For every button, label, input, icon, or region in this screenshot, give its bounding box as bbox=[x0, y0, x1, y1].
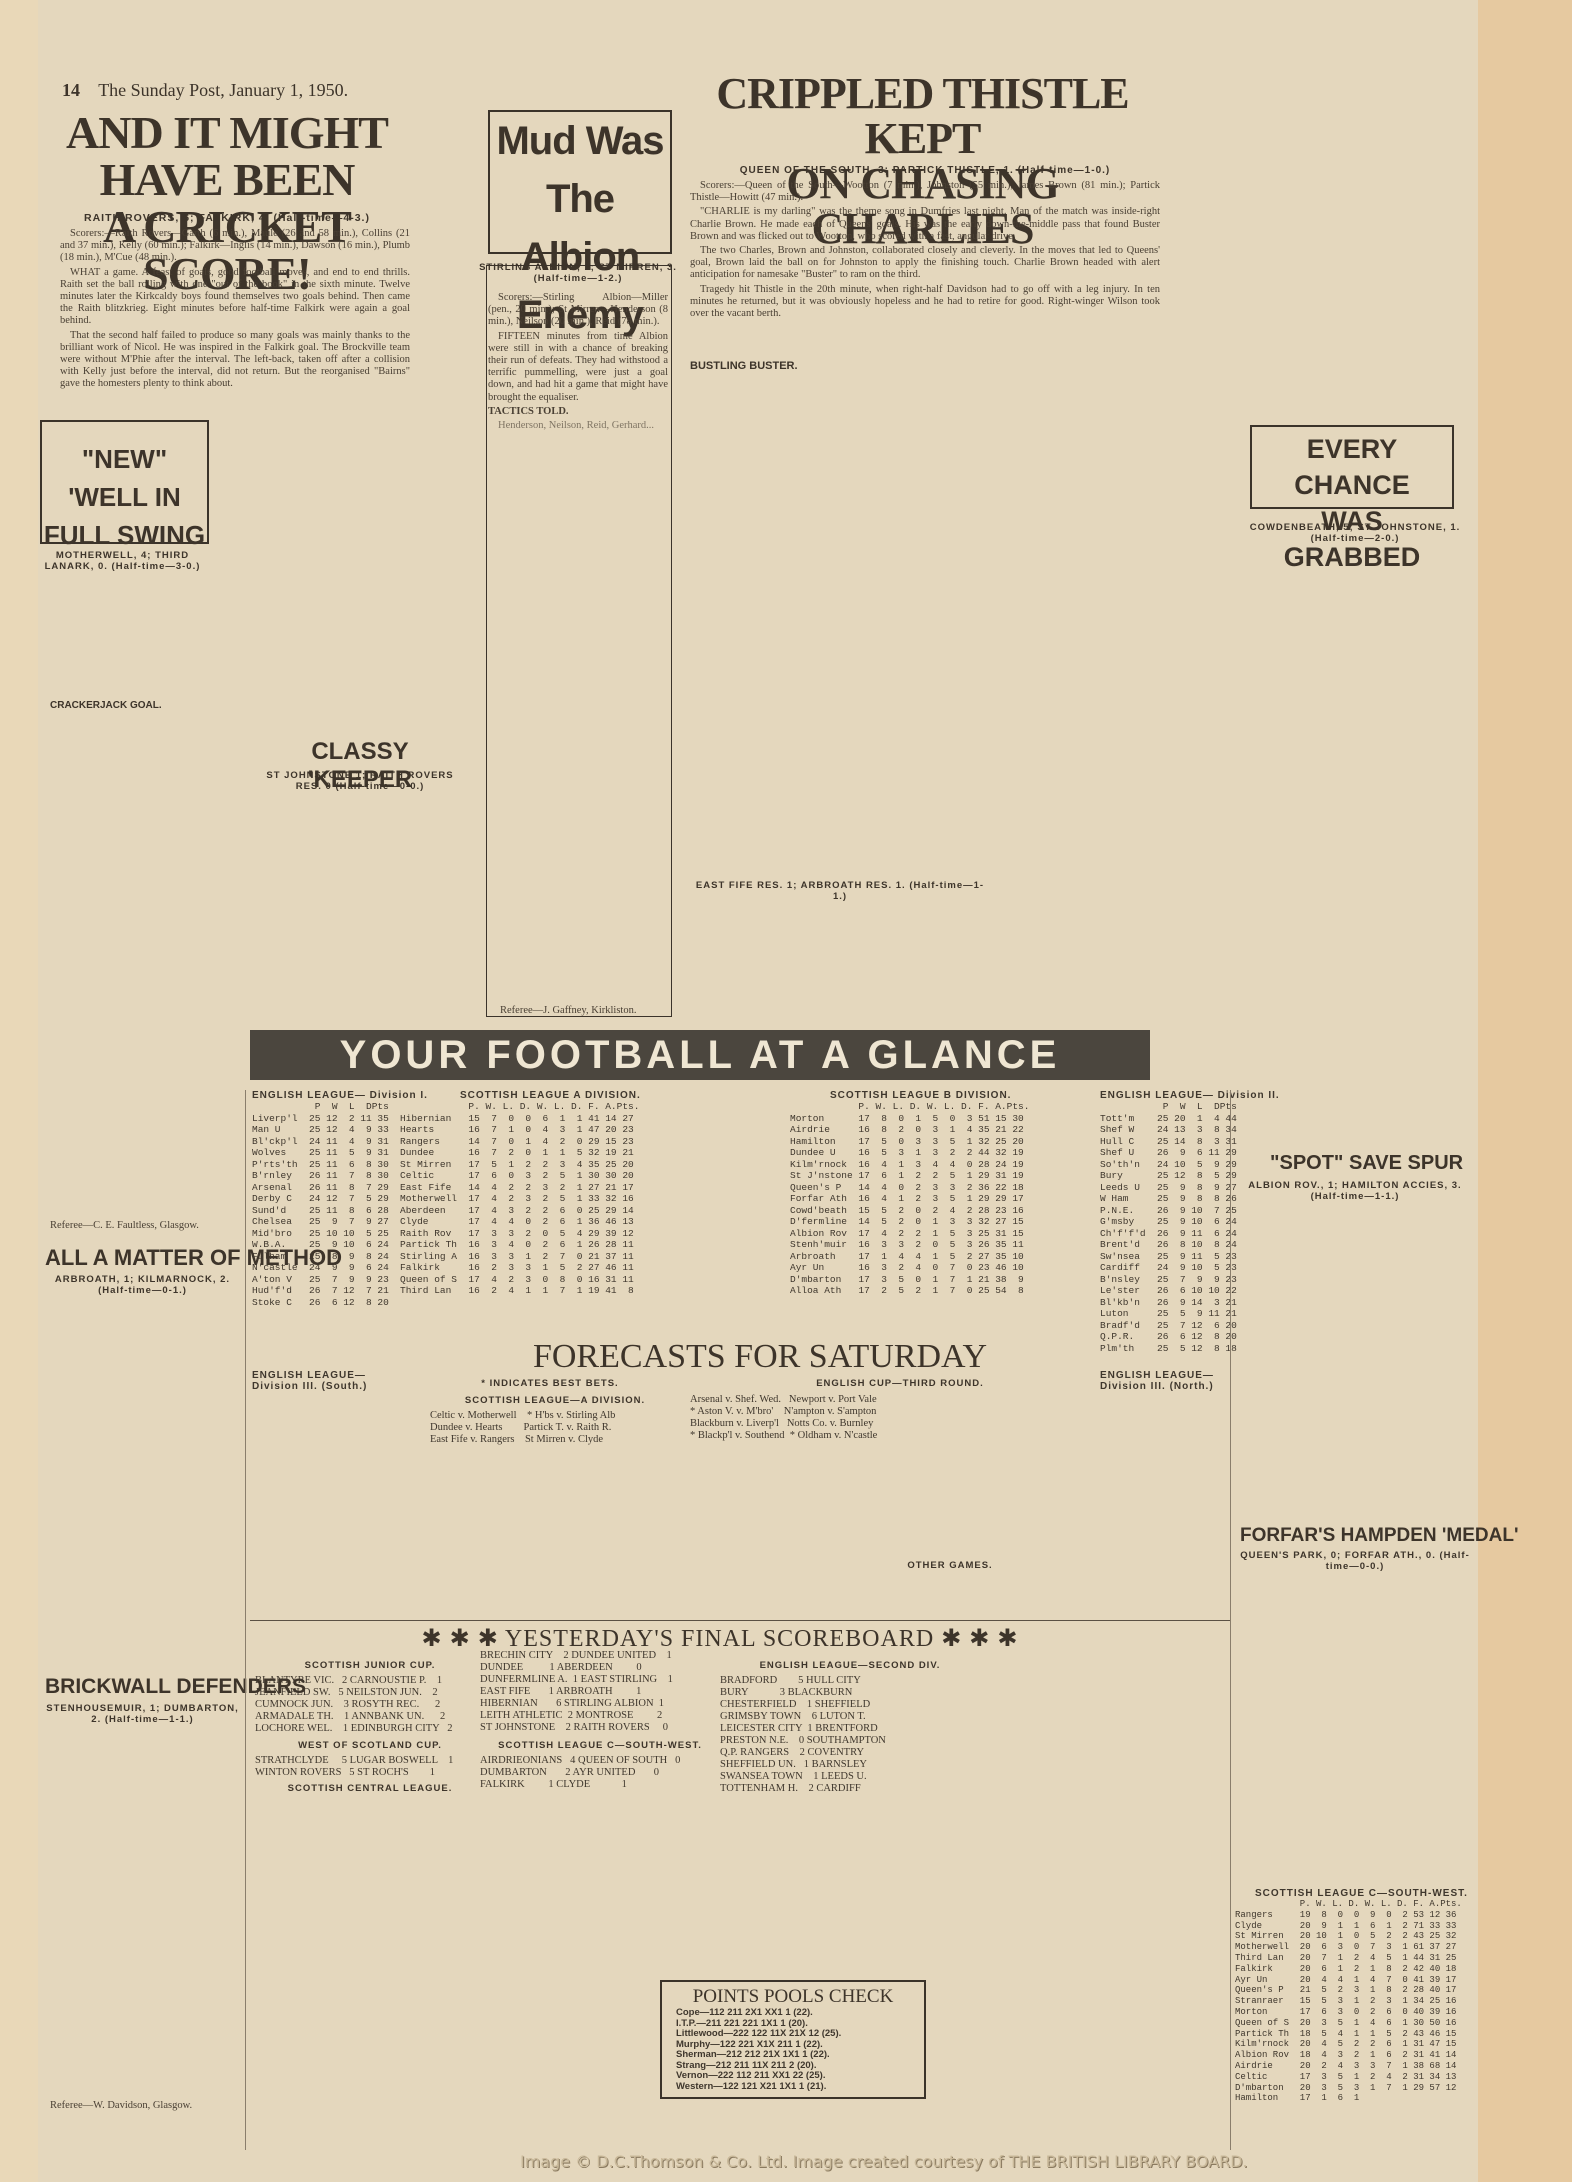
west-cup-title: WEST OF SCOTLAND CUP. bbox=[260, 1740, 480, 1751]
table-body: P. W. L. D. W. L. D. F. A.Pts. Morton 17… bbox=[790, 1101, 1029, 1297]
headline-line: "NEW" 'WELL IN bbox=[42, 440, 207, 516]
eng-div3s-title: ENGLISH LEAGUE— Division III. (South.) bbox=[252, 1370, 392, 1392]
scoreboard-title: ✱ ✱ ✱ YESTERDAY'S FINAL SCOREBOARD ✱ ✱ ✱ bbox=[320, 1624, 1120, 1653]
table-title: SCOTTISH LEAGUE B DIVISION. bbox=[790, 1090, 1029, 1101]
eng-div2-table: ENGLISH LEAGUE— Division II. P W L DPts … bbox=[1100, 1090, 1280, 1354]
c-sw-table: SCOTTISH LEAGUE C—SOUTH-WEST. P. W. L. D… bbox=[1235, 1888, 1468, 2104]
mud-column-frame bbox=[486, 265, 672, 1017]
cricket-scorers: Scorers:—Raith Rovers—Garth (6 min.), Ma… bbox=[60, 228, 410, 265]
table-body: P. W. L. D. W. L. D. F. A.Pts. Rangers 1… bbox=[1235, 1899, 1468, 2104]
scot-a-table: SCOTTISH LEAGUE A DIVISION. P. W. L. D. … bbox=[400, 1090, 641, 1297]
eng-div2-results-title: ENGLISH LEAGUE—SECOND DIV. bbox=[720, 1660, 980, 1671]
chance-headline-box: EVERY CHANCE WAS GRABBED bbox=[1250, 425, 1454, 509]
thistle-section: BUSTLING BUSTER. bbox=[690, 360, 798, 372]
well-referee: Referee—C. E. Faultless, Glasgow. bbox=[50, 1220, 230, 1232]
brickwall-subhead: STENHOUSEMUIR, 1; DUMBARTON, 2. (Half-ti… bbox=[40, 1703, 245, 1725]
headline-line: Mud Was The bbox=[490, 112, 670, 228]
thistle-subhead: QUEEN OF THE SOUTH, 3; PARTICK THISTLE, … bbox=[680, 165, 1170, 176]
scoreboard-divider bbox=[250, 1620, 1230, 1621]
forecasts-note: * INDICATES BEST BETS. bbox=[440, 1378, 660, 1389]
eastfife-subhead: EAST FIFE RES. 1; ARBROATH RES. 1. (Half… bbox=[690, 880, 990, 902]
c-sw-results: AIRDRIEONIANS 4 QUEEN OF SOUTH 0 DUMBART… bbox=[480, 1755, 680, 1791]
thistle-para: "CHARLIE is my darling" was the theme so… bbox=[690, 206, 1160, 243]
forfar-subhead: QUEEN'S PARK, 0; FORFAR ATH., 0. (Half-t… bbox=[1240, 1550, 1470, 1572]
forecasts-cup-list: Arsenal v. Shef. Wed. Newport v. Port Va… bbox=[690, 1394, 1110, 1442]
classy-subhead: ST JOHNSTONE 1; RAITH ROVERS RES. 0 (Hal… bbox=[260, 770, 460, 792]
thistle-body: Scorers:—Queen of the South—Wootton (7 m… bbox=[690, 180, 1160, 322]
headline-line: CRIPPLED THISTLE KEPT bbox=[700, 72, 1145, 162]
image-credit: Image © D.C.Thomson & Co. Ltd. Image cre… bbox=[520, 2152, 1248, 2171]
middle-results: BRECHIN CITY 2 DUNDEE UNITED 1 DUNDEE 1 … bbox=[480, 1650, 673, 1734]
forecasts-title: FORECASTS FOR SATURDAY bbox=[420, 1338, 1100, 1376]
method-subhead: ARBROATH, 1; KILMARNOCK, 2. (Half-time—0… bbox=[40, 1274, 245, 1296]
junior-cup-results: BLANTYRE VIC. 2 CARNOUSTIE P. 1 JEANFIEL… bbox=[255, 1675, 452, 1735]
pools-box: POINTS POOLS CHECK Cope—112 211 2X1 XX1 … bbox=[660, 1980, 926, 2099]
brickwall-referee: Referee—W. Davidson, Glasgow. bbox=[50, 2100, 240, 2112]
headline-line: FULL SWING bbox=[42, 516, 207, 554]
thistle-scorers: Scorers:—Queen of the South—Wootton (7 m… bbox=[690, 180, 1160, 204]
forecasts-cup-title: ENGLISH CUP—THIRD ROUND. bbox=[700, 1378, 1100, 1389]
cricket-para: WHAT a game. A feast of goals, good foot… bbox=[60, 267, 410, 328]
forecasts-other-title: OTHER GAMES. bbox=[900, 1560, 1000, 1571]
pools-title: POINTS POOLS CHECK bbox=[662, 1982, 924, 2008]
well-headline-box: "NEW" 'WELL IN FULL SWING bbox=[40, 420, 209, 544]
star-icon: ✱ ✱ ✱ bbox=[421, 1626, 504, 1652]
mud-headline-box: Mud Was The Albion Enemy bbox=[488, 110, 672, 254]
forecasts-scot-a-title: SCOTTISH LEAGUE—A DIVISION. bbox=[430, 1395, 680, 1406]
spur-headline: "SPOT" SAVE SPUR bbox=[1270, 1152, 1463, 1175]
well-headline: "NEW" 'WELL IN FULL SWING bbox=[42, 422, 207, 554]
central-title: SCOTTISH CENTRAL LEAGUE. bbox=[260, 1783, 480, 1794]
eng-div3n-title: ENGLISH LEAGUE— Division III. (North.) bbox=[1100, 1370, 1240, 1392]
table-title: SCOTTISH LEAGUE A DIVISION. bbox=[400, 1090, 641, 1101]
well-section: CRACKERJACK GOAL. bbox=[50, 700, 162, 711]
scoreboard-title-text: YESTERDAY'S FINAL SCOREBOARD bbox=[505, 1626, 934, 1652]
page-number: 14 bbox=[62, 80, 80, 100]
table-title: SCOTTISH LEAGUE C—SOUTH-WEST. bbox=[1235, 1888, 1468, 1899]
publication-date: The Sunday Post, January 1, 1950. bbox=[98, 80, 348, 100]
c-sw-title: SCOTTISH LEAGUE C—SOUTH-WEST. bbox=[480, 1740, 720, 1751]
column-divider bbox=[1230, 1090, 1231, 2150]
well-subhead: MOTHERWELL, 4; THIRD LANARK, 0. (Half-ti… bbox=[40, 550, 205, 572]
star-icon: ✱ ✱ ✱ bbox=[941, 1626, 1018, 1652]
cricket-body: Scorers:—Raith Rovers—Garth (6 min.), Ma… bbox=[60, 228, 410, 393]
thistle-para: The two Charles, Brown and Johnston, col… bbox=[690, 245, 1160, 282]
chance-subhead: COWDENBEATH, 5; ST JOHNSTONE, 1. (Half-t… bbox=[1240, 522, 1470, 544]
masthead: 14 The Sunday Post, January 1, 1950. bbox=[62, 80, 348, 101]
table-title: ENGLISH LEAGUE— Division II. bbox=[1100, 1090, 1280, 1101]
west-cup-results: STRATHCLYDE 5 LUGAR BOSWELL 1 WINTON ROV… bbox=[255, 1755, 453, 1779]
column-divider bbox=[245, 1090, 246, 2150]
junior-cup-title: SCOTTISH JUNIOR CUP. bbox=[260, 1660, 480, 1671]
table-body: P. W. L. D. W. L. D. F. A.Pts. Hibernian… bbox=[400, 1101, 641, 1297]
scot-b-table: SCOTTISH LEAGUE B DIVISION. P. W. L. D. … bbox=[790, 1090, 1029, 1297]
glance-banner: YOUR FOOTBALL AT A GLANCE bbox=[250, 1030, 1150, 1080]
cricket-subhead: RAITH ROVERS, 6; FALKIRK, 4. (Half-time—… bbox=[42, 212, 412, 224]
forfar-headline: FORFAR'S HAMPDEN 'MEDAL' bbox=[1240, 1525, 1519, 1547]
chance-headline: EVERY CHANCE WAS GRABBED bbox=[1252, 427, 1452, 575]
pools-lines: Cope—112 211 2X1 XX1 1 (22). I.T.P.—211 … bbox=[662, 2008, 924, 2092]
cricket-para: That the second half failed to produce s… bbox=[60, 330, 410, 391]
table-body: P W L DPts Tott'm 25 20 1 4 44 Shef W 24… bbox=[1100, 1101, 1280, 1354]
eng-div2-results: BRADFORD 5 HULL CITY BURY 3 BLACKBURN CH… bbox=[720, 1675, 902, 1795]
thistle-para: Tragedy hit Thistle in the 20th minute, … bbox=[690, 284, 1160, 321]
headline-line: EVERY CHANCE bbox=[1252, 431, 1452, 503]
headline-line: AND IT MIGHT HAVE BEEN bbox=[42, 110, 412, 204]
page-edge bbox=[1478, 0, 1572, 2182]
forecasts-scot-a-list: Celtic v. Motherwell * H'bs v. Stirling … bbox=[430, 1410, 680, 1446]
